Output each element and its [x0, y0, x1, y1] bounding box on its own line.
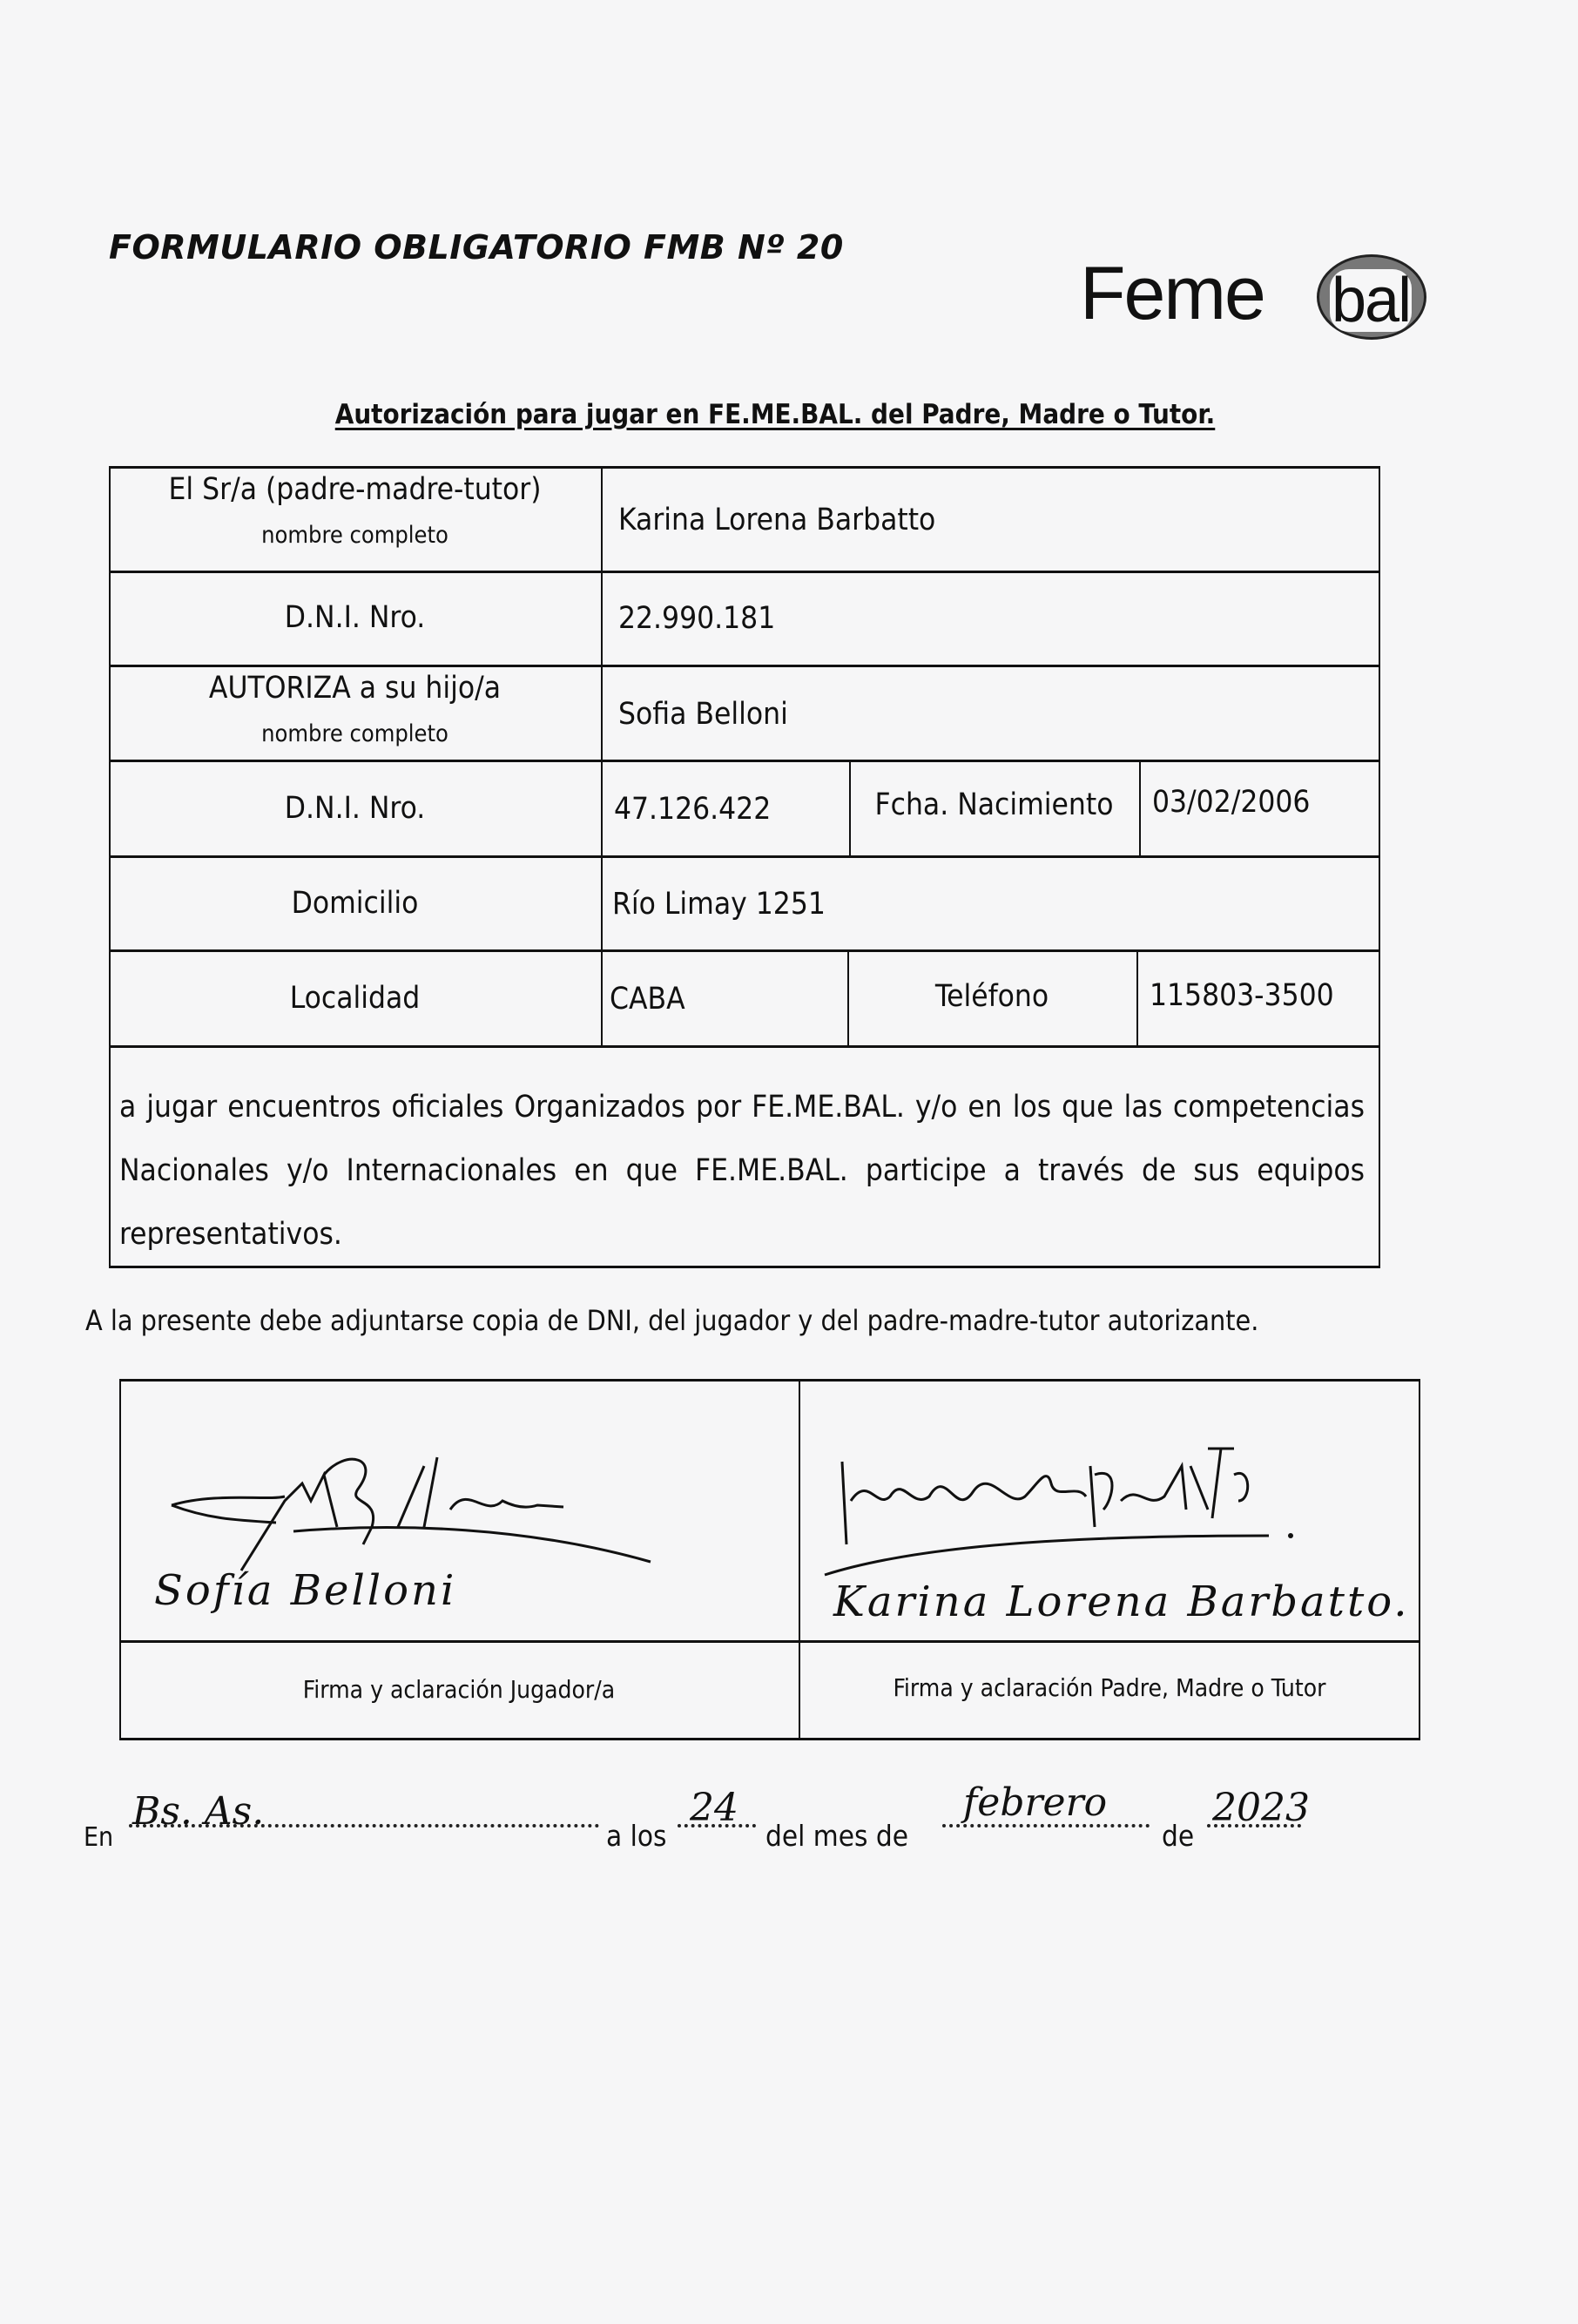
- form-title: FORMULARIO OBLIGATORIO FMB Nº 20: [109, 228, 844, 267]
- child-name-sublabel: nombre completo: [109, 721, 601, 747]
- child-name-field[interactable]: Sofia Belloni: [618, 697, 788, 732]
- parent-name-label: El Sr/a (padre-madre-tutor) nombre compl…: [109, 473, 601, 548]
- femebal-logo: Feme bal: [1080, 253, 1446, 348]
- guardian-signature-scribble-icon: [816, 1414, 1408, 1579]
- locality-field[interactable]: CABA: [610, 982, 685, 1017]
- year-label: de: [1162, 1819, 1194, 1853]
- logo-ball-text: bal: [1330, 269, 1412, 332]
- year-field[interactable]: 2023: [1212, 1786, 1310, 1830]
- days-label: a los: [606, 1819, 667, 1853]
- player-printed-name: Sofía Belloni: [154, 1566, 456, 1615]
- month-label: del mes de: [765, 1819, 908, 1853]
- child-dni-label: D.N.I. Nro.: [109, 792, 601, 826]
- address-label: Domicilio: [109, 887, 601, 921]
- phone-label: Teléfono: [847, 980, 1136, 1014]
- child-name-label-text: AUTORIZA a su hijo/a: [209, 671, 501, 706]
- parent-name-label-text: El Sr/a (padre-madre-tutor): [169, 472, 542, 507]
- child-dni-field[interactable]: 47.126.422: [614, 792, 771, 827]
- locality-label: Localidad: [109, 982, 601, 1016]
- address-field[interactable]: Río Limay 1251: [612, 887, 826, 922]
- parent-name-field[interactable]: Karina Lorena Barbatto: [618, 503, 935, 537]
- logo-text: Feme: [1080, 256, 1264, 331]
- form-subtitle: Autorización para jugar en FE.ME.BAL. de…: [0, 399, 1550, 430]
- guardian-printed-name: Karina Lorena Barbatto.: [833, 1577, 1410, 1626]
- place-field[interactable]: Bs. As.: [132, 1789, 264, 1834]
- birthdate-field[interactable]: 03/02/2006: [1152, 785, 1310, 820]
- signature-table: Sofía Belloni Karina Lorena Barbatto. Fi…: [119, 1379, 1420, 1741]
- player-signature-caption: Firma y aclaración Jugador/a: [119, 1675, 799, 1704]
- date-line: En Bs. As. a los 24 del mes de febrero d…: [84, 1794, 1442, 1855]
- child-name-label: AUTORIZA a su hijo/a nombre completo: [109, 672, 601, 747]
- guardian-signature[interactable]: [816, 1414, 1408, 1579]
- guardian-signature-caption: Firma y aclaración Padre, Madre o Tutor: [799, 1673, 1420, 1702]
- day-field[interactable]: 24: [690, 1786, 738, 1830]
- parent-dni-label: D.N.I. Nro.: [109, 601, 601, 635]
- parent-name-sublabel: nombre completo: [109, 523, 601, 549]
- ball-icon: bal: [1317, 254, 1426, 340]
- attachment-note: A la presente debe adjuntarse copia de D…: [85, 1304, 1258, 1337]
- phone-field[interactable]: 115803-3500: [1150, 978, 1334, 1013]
- authorization-text: a jugar encuentros oficiales Organizados…: [119, 1076, 1365, 1267]
- parent-dni-field[interactable]: 22.990.181: [618, 601, 775, 636]
- month-field[interactable]: febrero: [963, 1780, 1107, 1825]
- birthdate-label: Fcha. Nacimiento: [849, 788, 1139, 822]
- date-prefix: En: [84, 1822, 113, 1853]
- authorization-table: El Sr/a (padre-madre-tutor) nombre compl…: [109, 466, 1380, 1267]
